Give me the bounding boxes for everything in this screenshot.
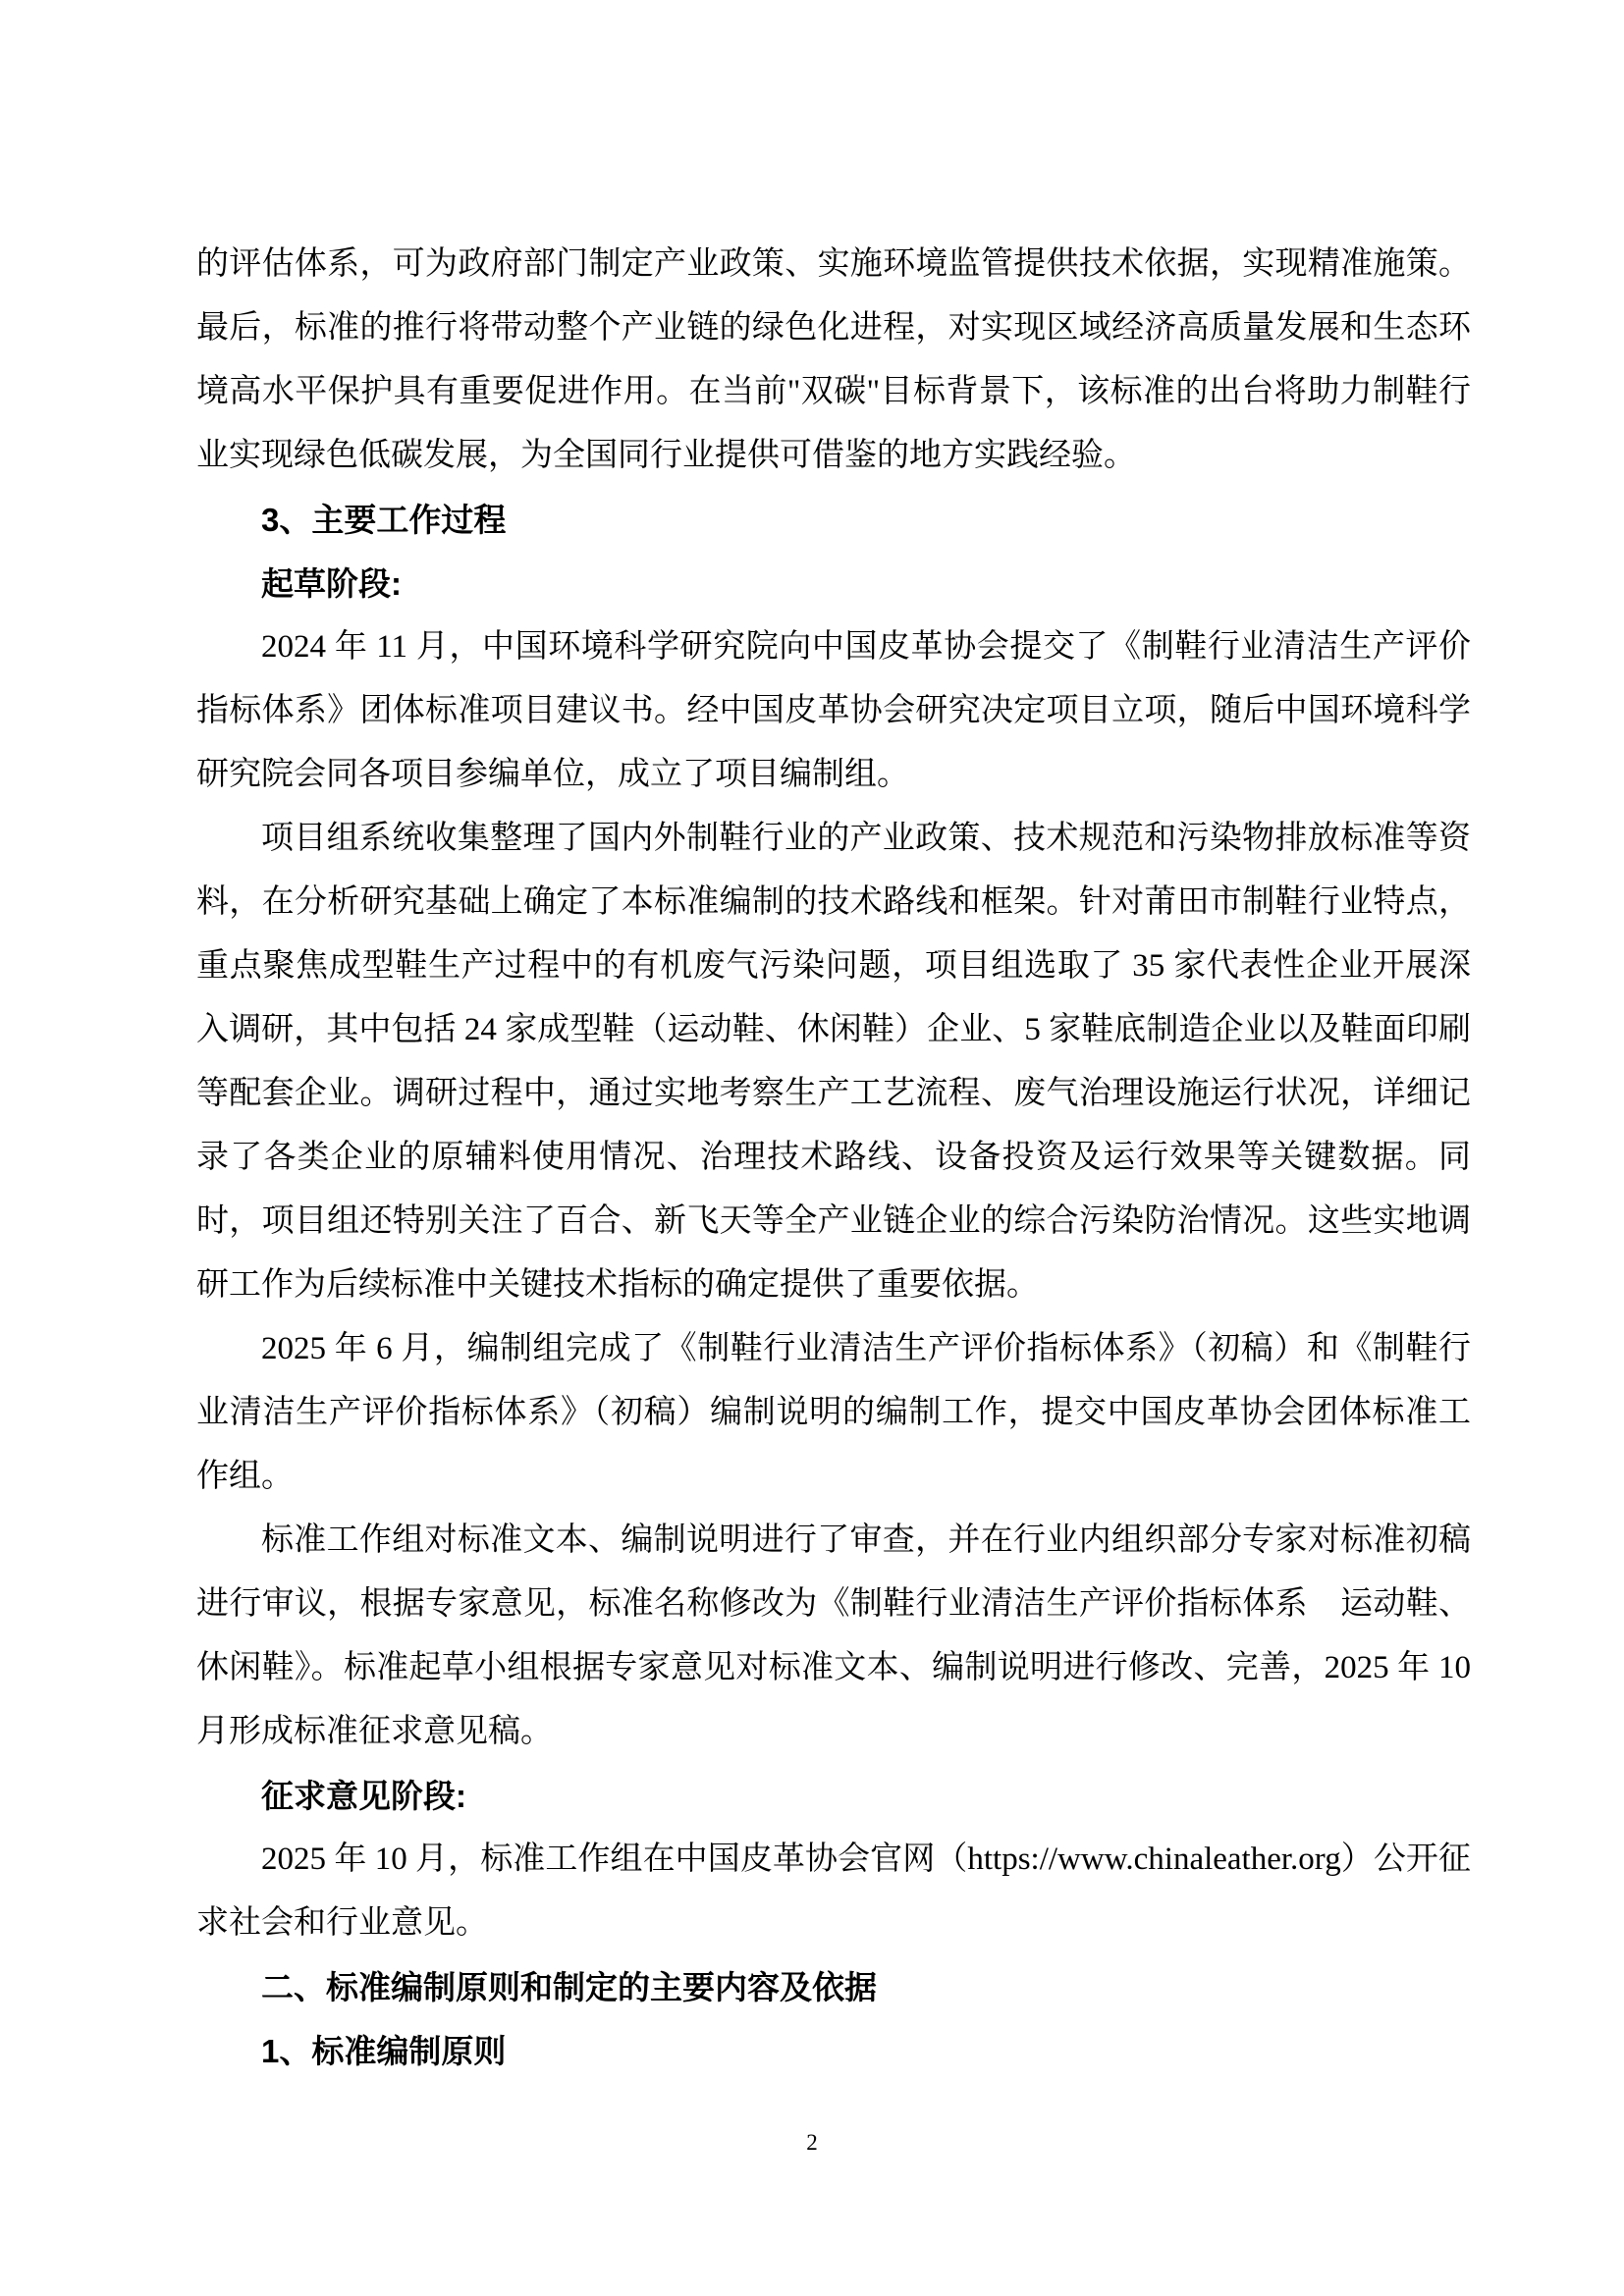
document-body: 的评估体系，可为政府部门制定产业政策、实施环境监管提供技术依据，实现精准施策。最… [196, 233, 1471, 2083]
document-page: 的评估体系，可为政府部门制定产业政策、实施环境监管提供技术依据，实现精准施策。最… [0, 0, 1624, 2296]
paragraph: 2024 年 11 月，中国环境科学研究院向中国皮革协会提交了《制鞋行业清洁生产… [196, 615, 1471, 807]
section-heading: 3、主要工作过程 [196, 488, 1471, 552]
section-heading: 1、标准编制原则 [196, 2019, 1471, 2083]
page-number: 2 [0, 2128, 1624, 2158]
paragraph: 的评估体系，可为政府部门制定产业政策、实施环境监管提供技术依据，实现精准施策。最… [196, 233, 1471, 488]
section-heading: 征求意见阶段: [196, 1764, 1471, 1828]
paragraph: 项目组系统收集整理了国内外制鞋行业的产业政策、技术规范和污染物排放标准等资料，在… [196, 807, 1471, 1317]
paragraph: 标准工作组对标准文本、编制说明进行了审查，并在行业内组织部分专家对标准初稿进行审… [196, 1509, 1471, 1764]
section-heading: 起草阶段: [196, 552, 1471, 615]
paragraph: 2025 年 10 月，标准工作组在中国皮革协会官网（https://www.c… [196, 1828, 1471, 1955]
paragraph: 2025 年 6 月，编制组完成了《制鞋行业清洁生产评价指标体系》（初稿）和《制… [196, 1317, 1471, 1509]
section-heading: 二、标准编制原则和制定的主要内容及依据 [196, 1955, 1471, 2019]
